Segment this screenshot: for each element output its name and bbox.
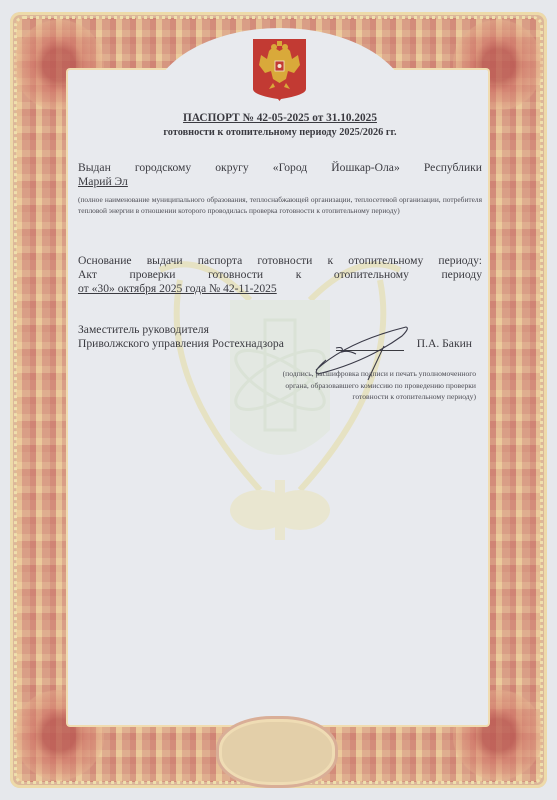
passport-subtitle: готовности к отопительному периоду 2025/… <box>78 127 482 138</box>
bottom-cartouche-ornament <box>222 722 332 782</box>
issued-to-region: Марий Эл <box>78 175 128 188</box>
issued-to-footnote: (полное наименование муниципального обра… <box>78 194 482 216</box>
signatory-position-line-1: Заместитель руководителя <box>78 323 482 337</box>
basis-act-reference: от «30» октября 2025 года № 42-11-2025 <box>78 282 277 295</box>
signatory-name: П.А. Бакин <box>417 337 472 350</box>
issued-to-text: Выдан городскому округу «Город Йошкар-Ол… <box>78 161 482 175</box>
basis-line-2: Акт проверки готовности к отопительному … <box>78 268 482 282</box>
passport-title: ПАСПОРТ № 42-05-2025 от 31.10.2025 <box>78 112 482 124</box>
signature-footnote: (подпись, расшифровка подписи и печать у… <box>276 368 476 403</box>
basis-line-1: Основание выдачи паспорта готовности к о… <box>78 254 482 268</box>
issued-to-statement: Выдан городскому округу «Город Йошкар-Ол… <box>78 161 482 189</box>
basis-statement: Основание выдачи паспорта готовности к о… <box>78 254 482 296</box>
russian-coat-of-arms-icon <box>251 37 308 101</box>
